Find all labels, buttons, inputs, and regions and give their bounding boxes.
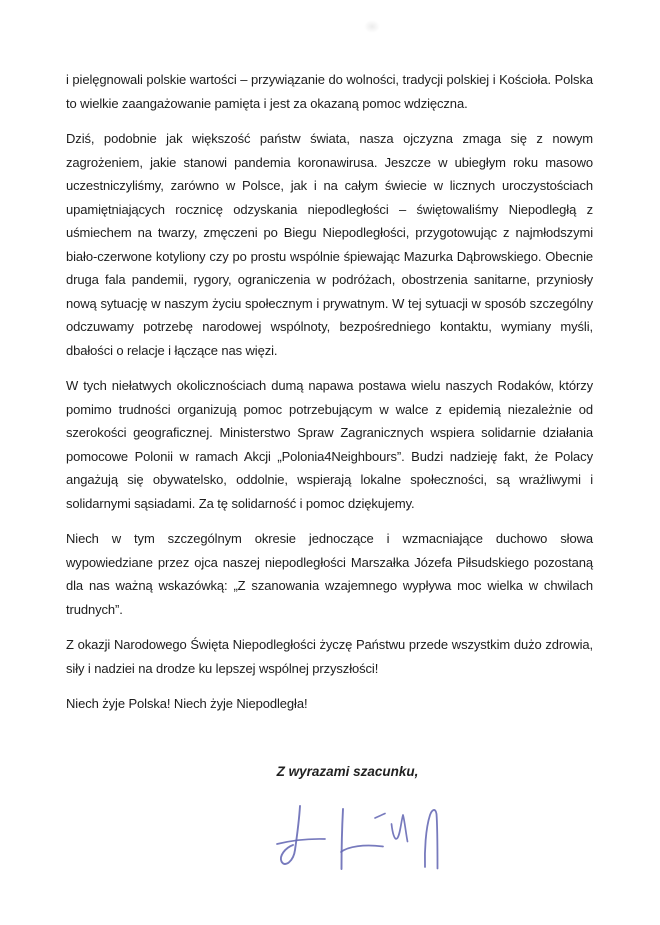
paragraph-wishes: Z okazji Narodowego Święta Niepodległośc… xyxy=(66,633,593,680)
signature-ink-icon xyxy=(248,793,454,901)
paragraph-long-live-poland: Niech żyje Polska! Niech żyje Niepodległ… xyxy=(66,692,593,716)
closing-salutation: Z wyrazami szacunku, xyxy=(84,760,611,784)
signature xyxy=(248,793,454,901)
paragraph-pilsudski-quote: Niech w tym szczególnym okresie jednoczą… xyxy=(66,527,593,621)
paragraph-solidarity: W tych niełatwych okolicznościach dumą n… xyxy=(66,374,593,515)
letter-body: i pielęgnowali polskie wartości – przywi… xyxy=(66,68,593,901)
letter-page: i pielęgnowali polskie wartości – przywi… xyxy=(0,0,660,925)
paragraph-pandemic: Dziś, podobnie jak większość państw świa… xyxy=(66,127,593,362)
paragraph-values: i pielęgnowali polskie wartości – przywi… xyxy=(66,68,593,115)
scan-smudge xyxy=(364,20,380,33)
